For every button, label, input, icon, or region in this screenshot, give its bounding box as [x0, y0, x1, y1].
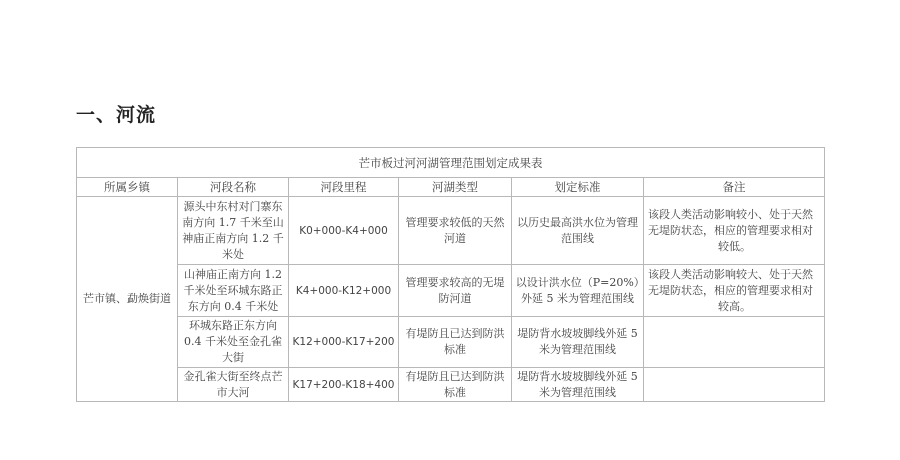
table-row: 环城东路正东方向 0.4 千米处至金孔雀大街 K12+000-K17+200 有…: [77, 317, 825, 368]
table-row: 山神庙正南方向 1.2 千米处至环城东路正东方向 0.4 千米处 K4+000-…: [77, 265, 825, 317]
town-cell: 芒市镇、勐焕街道: [77, 197, 178, 402]
note-cell: [644, 368, 825, 402]
segment-name-cell: 环城东路正东方向 0.4 千米处至金孔雀大街: [178, 317, 289, 368]
standard-cell: 以设计洪水位（P=20%）外延 5 米为管理范围线: [512, 265, 644, 317]
standard-cell: 以历史最高洪水位为管理范围线: [512, 197, 644, 265]
table-title: 芒市板过河河湖管理范围划定成果表: [77, 148, 825, 178]
note-text-tail: 较低。: [648, 239, 821, 255]
standard-cell: 堤防背水坡坡脚线外延 5 米为管理范围线: [512, 368, 644, 402]
table-row: 金孔雀大街至终点芒市大河 K17+200-K18+400 有堤防且已达到防洪标准…: [77, 368, 825, 402]
table-title-row: 芒市板过河河湖管理范围划定成果表: [77, 148, 825, 178]
mileage-cell: K0+000-K4+000: [289, 197, 399, 265]
header-mileage: 河段里程: [289, 178, 399, 197]
header-type: 河湖类型: [399, 178, 512, 197]
note-cell: 该段人类活动影响较小、处于天然无堤防状态，相应的管理要求相对较低。: [644, 197, 825, 265]
note-text-tail: 较高。: [648, 299, 821, 315]
section-heading: 一、河流: [76, 100, 156, 127]
header-town: 所属乡镇: [77, 178, 178, 197]
type-cell: 管理要求较低的天然河道: [399, 197, 512, 265]
type-cell: 有堤防且已达到防洪标准: [399, 317, 512, 368]
type-cell: 有堤防且已达到防洪标准: [399, 368, 512, 402]
segment-name-cell: 山神庙正南方向 1.2 千米处至环城东路正东方向 0.4 千米处: [178, 265, 289, 317]
note-cell: [644, 317, 825, 368]
note-text: 该段人类活动影响较大、处于天然无堤防状态，相应的管理要求相对: [648, 268, 813, 297]
segment-name-cell: 金孔雀大街至终点芒市大河: [178, 368, 289, 402]
standard-cell: 堤防背水坡坡脚线外延 5 米为管理范围线: [512, 317, 644, 368]
note-cell: 该段人类活动影响较大、处于天然无堤防状态，相应的管理要求相对较高。: [644, 265, 825, 317]
header-standard: 划定标准: [512, 178, 644, 197]
header-note: 备注: [644, 178, 825, 197]
mileage-cell: K17+200-K18+400: [289, 368, 399, 402]
header-segment-name: 河段名称: [178, 178, 289, 197]
segment-name-cell: 源头中东村对门寨东南方向 1.7 千米至山神庙正南方向 1.2 千米处: [178, 197, 289, 265]
mileage-cell: K12+000-K17+200: [289, 317, 399, 368]
type-cell: 管理要求较高的无堤防河道: [399, 265, 512, 317]
note-text: 该段人类活动影响较小、处于天然无堤防状态，相应的管理要求相对: [648, 208, 813, 237]
table-header-row: 所属乡镇 河段名称 河段里程 河湖类型 划定标准 备注: [77, 178, 825, 197]
mileage-cell: K4+000-K12+000: [289, 265, 399, 317]
table-row: 芒市镇、勐焕街道 源头中东村对门寨东南方向 1.7 千米至山神庙正南方向 1.2…: [77, 197, 825, 265]
river-management-table: 芒市板过河河湖管理范围划定成果表 所属乡镇 河段名称 河段里程 河湖类型 划定标…: [76, 147, 825, 402]
